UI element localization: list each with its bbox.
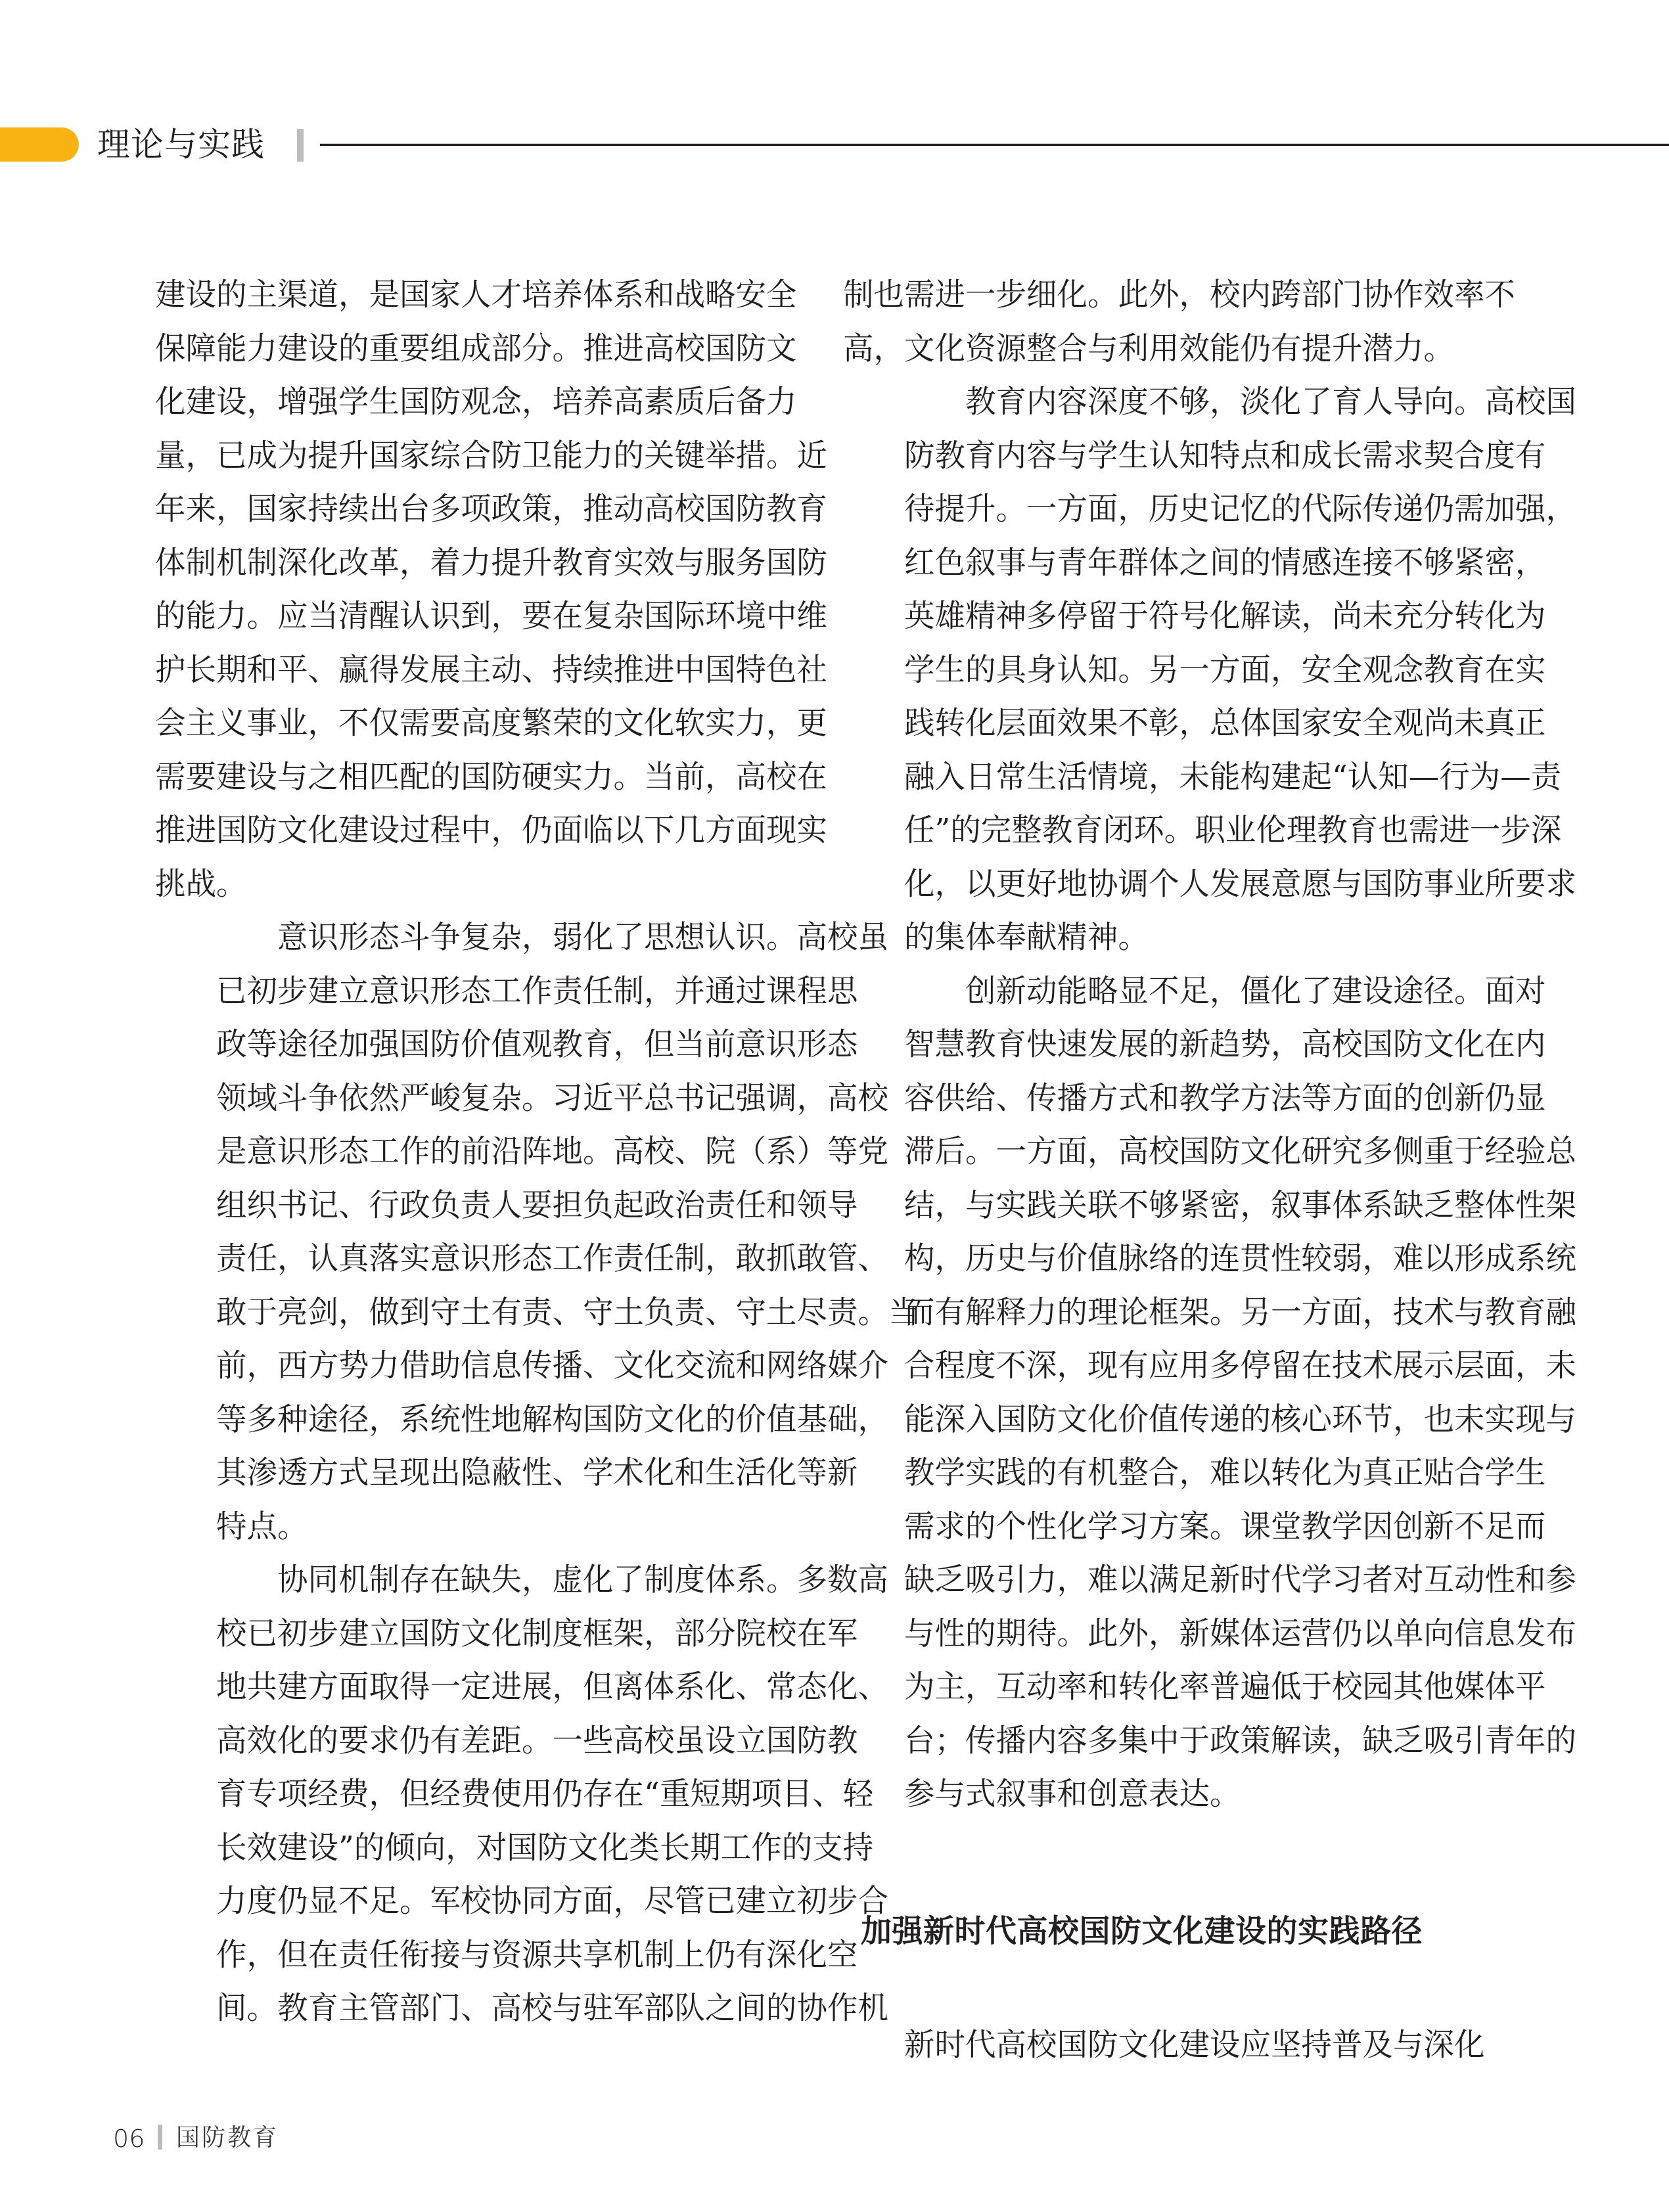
paragraph: 协同机制存在缺失，虚化了制度体系。多数高校已初步建立国防文化制度框架，部分院校在… xyxy=(155,1553,787,2035)
text-line: 英雄精神多停留于符号化解读，尚未充分转化为 xyxy=(843,589,1475,643)
paragraph: 创新动能略显不足，僵化了建设途径。面对智慧教育快速发展的新趋势，高校国防文化在内… xyxy=(843,964,1475,1821)
text-line: 挑战。 xyxy=(155,857,787,911)
text-line: 组织书记、行政负责人要担负起政治责任和领导 xyxy=(155,1179,787,1232)
text-line: 长效建设”的倾向，对国防文化类长期工作的支持 xyxy=(155,1821,787,1875)
text-line: 需要建设与之相匹配的国防硬实力。当前，高校在 xyxy=(155,750,787,804)
text-line: 学生的具身认知。另一方面，安全观念教育在实 xyxy=(843,643,1475,697)
text-line: 台；传播内容多集中于政策解读，缺乏吸引青年的 xyxy=(843,1714,1475,1768)
text-line: 护长期和平、赢得发展主动、持续推进中国特色社 xyxy=(155,643,787,697)
text-line: 协同机制存在缺失，虚化了制度体系。多数高 xyxy=(155,1553,787,1607)
text-line: 与性的期待。此外，新媒体运营仍以单向信息发布 xyxy=(843,1607,1475,1661)
text-line: 的集体奉献精神。 xyxy=(843,911,1475,964)
text-line: 前，西方势力借助信息传播、文化交流和网络媒介 xyxy=(155,1339,787,1393)
text-line: 而有解释力的理论框架。另一方面，技术与教育融 xyxy=(843,1286,1475,1340)
right-column-continuation: 新时代高校国防文化建设应坚持普及与深化 xyxy=(843,2018,1475,2072)
text-line: 待提升。一方面，历史记忆的代际传递仍需加强， xyxy=(843,482,1475,536)
text-line: 缺乏吸引力，难以满足新时代学习者对互动性和参 xyxy=(843,1553,1475,1607)
section-heading: 加强新时代高校国防文化建设的实践路径 xyxy=(861,1908,1478,1954)
text-line: 参与式叙事和创意表达。 xyxy=(843,1767,1475,1821)
paragraph: 建设的主渠道，是国家人才培养体系和战略安全保障能力建设的重要组成部分。推进高校国… xyxy=(155,268,787,911)
text-line: 的能力。应当清醒认识到，要在复杂国际环境中维 xyxy=(155,589,787,643)
text-line: 意识形态斗争复杂，弱化了思想认识。高校虽 xyxy=(155,911,787,964)
text-line: 育专项经费，但经费使用仍存在“重短期项目、轻 xyxy=(155,1767,787,1821)
text-line: 力度仍显不足。军校协同方面，尽管已建立初步合 xyxy=(155,1874,787,1928)
text-line: 政等途径加强国防价值观教育，但当前意识形态 xyxy=(155,1018,787,1072)
text-line: 校已初步建立国防文化制度框架，部分院校在军 xyxy=(155,1607,787,1661)
text-line: 是意识形态工作的前沿阵地。高校、院（系）等党 xyxy=(155,1125,787,1179)
text-line: 已初步建立意识形态工作责任制，并通过课程思 xyxy=(155,964,787,1018)
text-line: 责任，认真落实意识形态工作责任制，敢抓敢管、 xyxy=(155,1232,787,1286)
text-line: 新时代高校国防文化建设应坚持普及与深化 xyxy=(843,2018,1475,2072)
text-line: 合程度不深，现有应用多停留在技术展示层面，未 xyxy=(843,1339,1475,1393)
text-line: 化建设，增强学生国防观念，培养高素质后备力 xyxy=(155,375,787,429)
paragraph: 意识形态斗争复杂，弱化了思想认识。高校虽已初步建立意识形态工作责任制，并通过课程… xyxy=(155,911,787,1553)
text-line: 防教育内容与学生认知特点和成长需求契合度有 xyxy=(843,429,1475,483)
text-line: 高效化的要求仍有差距。一些高校虽设立国防教 xyxy=(155,1714,787,1768)
text-line: 结，与实践关联不够紧密，叙事体系缺乏整体性架 xyxy=(843,1179,1475,1232)
header-separator xyxy=(297,129,304,162)
text-line: 建设的主渠道，是国家人才培养体系和战略安全 xyxy=(155,268,787,322)
magazine-name: 国防教育 xyxy=(176,2122,279,2155)
text-line: 间。教育主管部门、高校与驻军部队之间的协作机 xyxy=(155,1981,787,2035)
text-line: 会主义事业，不仅需要高度繁荣的文化软实力，更 xyxy=(155,696,787,750)
paragraph: 制也需进一步细化。此外，校内跨部门协作效率不高，文化资源整合与利用效能仍有提升潜… xyxy=(843,268,1475,375)
text-line: 为主，互动率和转化率普遍低于校园其他媒体平 xyxy=(843,1660,1475,1714)
text-line: 制也需进一步细化。此外，校内跨部门协作效率不 xyxy=(843,268,1475,322)
text-line: 体制机制深化改革，着力提升教育实效与服务国防 xyxy=(155,536,787,590)
text-line: 量，已成为提升国家综合防卫能力的关键举措。近 xyxy=(155,429,787,483)
text-line: 能深入国防文化价值传递的核心环节，也未实现与 xyxy=(843,1393,1475,1447)
paragraph: 教育内容深度不够，淡化了育人导向。高校国防教育内容与学生认知特点和成长需求契合度… xyxy=(843,375,1475,964)
header-rule xyxy=(320,143,1669,146)
text-line: 保障能力建设的重要组成部分。推进高校国防文 xyxy=(155,322,787,376)
footer-separator xyxy=(158,2125,162,2150)
page-header: 理论与实践 xyxy=(0,0,1669,197)
text-line: 践转化层面效果不彰，总体国家安全观尚未真正 xyxy=(843,696,1475,750)
text-line: 作，但在责任衔接与资源共享机制上仍有深化空 xyxy=(155,1928,787,1982)
paragraph: 新时代高校国防文化建设应坚持普及与深化 xyxy=(843,2018,1475,2072)
text-line: 年来，国家持续出台多项政策，推动高校国防教育 xyxy=(155,482,787,536)
text-line: 敢于亮剑，做到守土有责、守土负责、守土尽责。当 xyxy=(155,1286,787,1340)
section-accent-tab xyxy=(0,127,79,162)
text-line: 需求的个性化学习方案。课堂教学因创新不足而 xyxy=(843,1500,1475,1554)
left-column: 建设的主渠道，是国家人才培养体系和战略安全保障能力建设的重要组成部分。推进高校国… xyxy=(155,268,787,2035)
page-number: 06 xyxy=(113,2122,145,2155)
section-title: 理论与实践 xyxy=(97,125,265,164)
text-line: 等多种途径，系统性地解构国防文化的价值基础， xyxy=(155,1393,787,1447)
text-line: 化，以更好地协调个人发展意愿与国防事业所要求 xyxy=(843,857,1475,911)
text-line: 教学实践的有机整合，难以转化为真正贴合学生 xyxy=(843,1446,1475,1500)
text-line: 教育内容深度不够，淡化了育人导向。高校国 xyxy=(843,375,1475,429)
text-line: 高，文化资源整合与利用效能仍有提升潜力。 xyxy=(843,322,1475,376)
text-line: 融入日常生活情境，未能构建起“认知—行为—责 xyxy=(843,750,1475,804)
text-line: 地共建方面取得一定进展，但离体系化、常态化、 xyxy=(155,1660,787,1714)
text-line: 推进国防文化建设过程中，仍面临以下几方面现实 xyxy=(155,803,787,857)
text-line: 创新动能略显不足，僵化了建设途径。面对 xyxy=(843,964,1475,1018)
text-line: 红色叙事与青年群体之间的情感连接不够紧密， xyxy=(843,536,1475,590)
text-line: 构，历史与价值脉络的连贯性较弱，难以形成系统 xyxy=(843,1232,1475,1286)
right-column: 制也需进一步细化。此外，校内跨部门协作效率不高，文化资源整合与利用效能仍有提升潜… xyxy=(843,268,1475,1821)
text-line: 容供给、传播方式和教学方法等方面的创新仍显 xyxy=(843,1072,1475,1125)
text-line: 其渗透方式呈现出隐蔽性、学术化和生活化等新 xyxy=(155,1446,787,1500)
text-line: 特点。 xyxy=(155,1500,787,1554)
text-line: 任”的完整教育闭环。职业伦理教育也需进一步深 xyxy=(843,803,1475,857)
page-footer: 06 国防教育 xyxy=(0,2115,1669,2168)
text-line: 领域斗争依然严峻复杂。习近平总书记强调，高校 xyxy=(155,1072,787,1125)
text-line: 智慧教育快速发展的新趋势，高校国防文化在内 xyxy=(843,1018,1475,1072)
text-line: 滞后。一方面，高校国防文化研究多侧重于经验总 xyxy=(843,1125,1475,1179)
